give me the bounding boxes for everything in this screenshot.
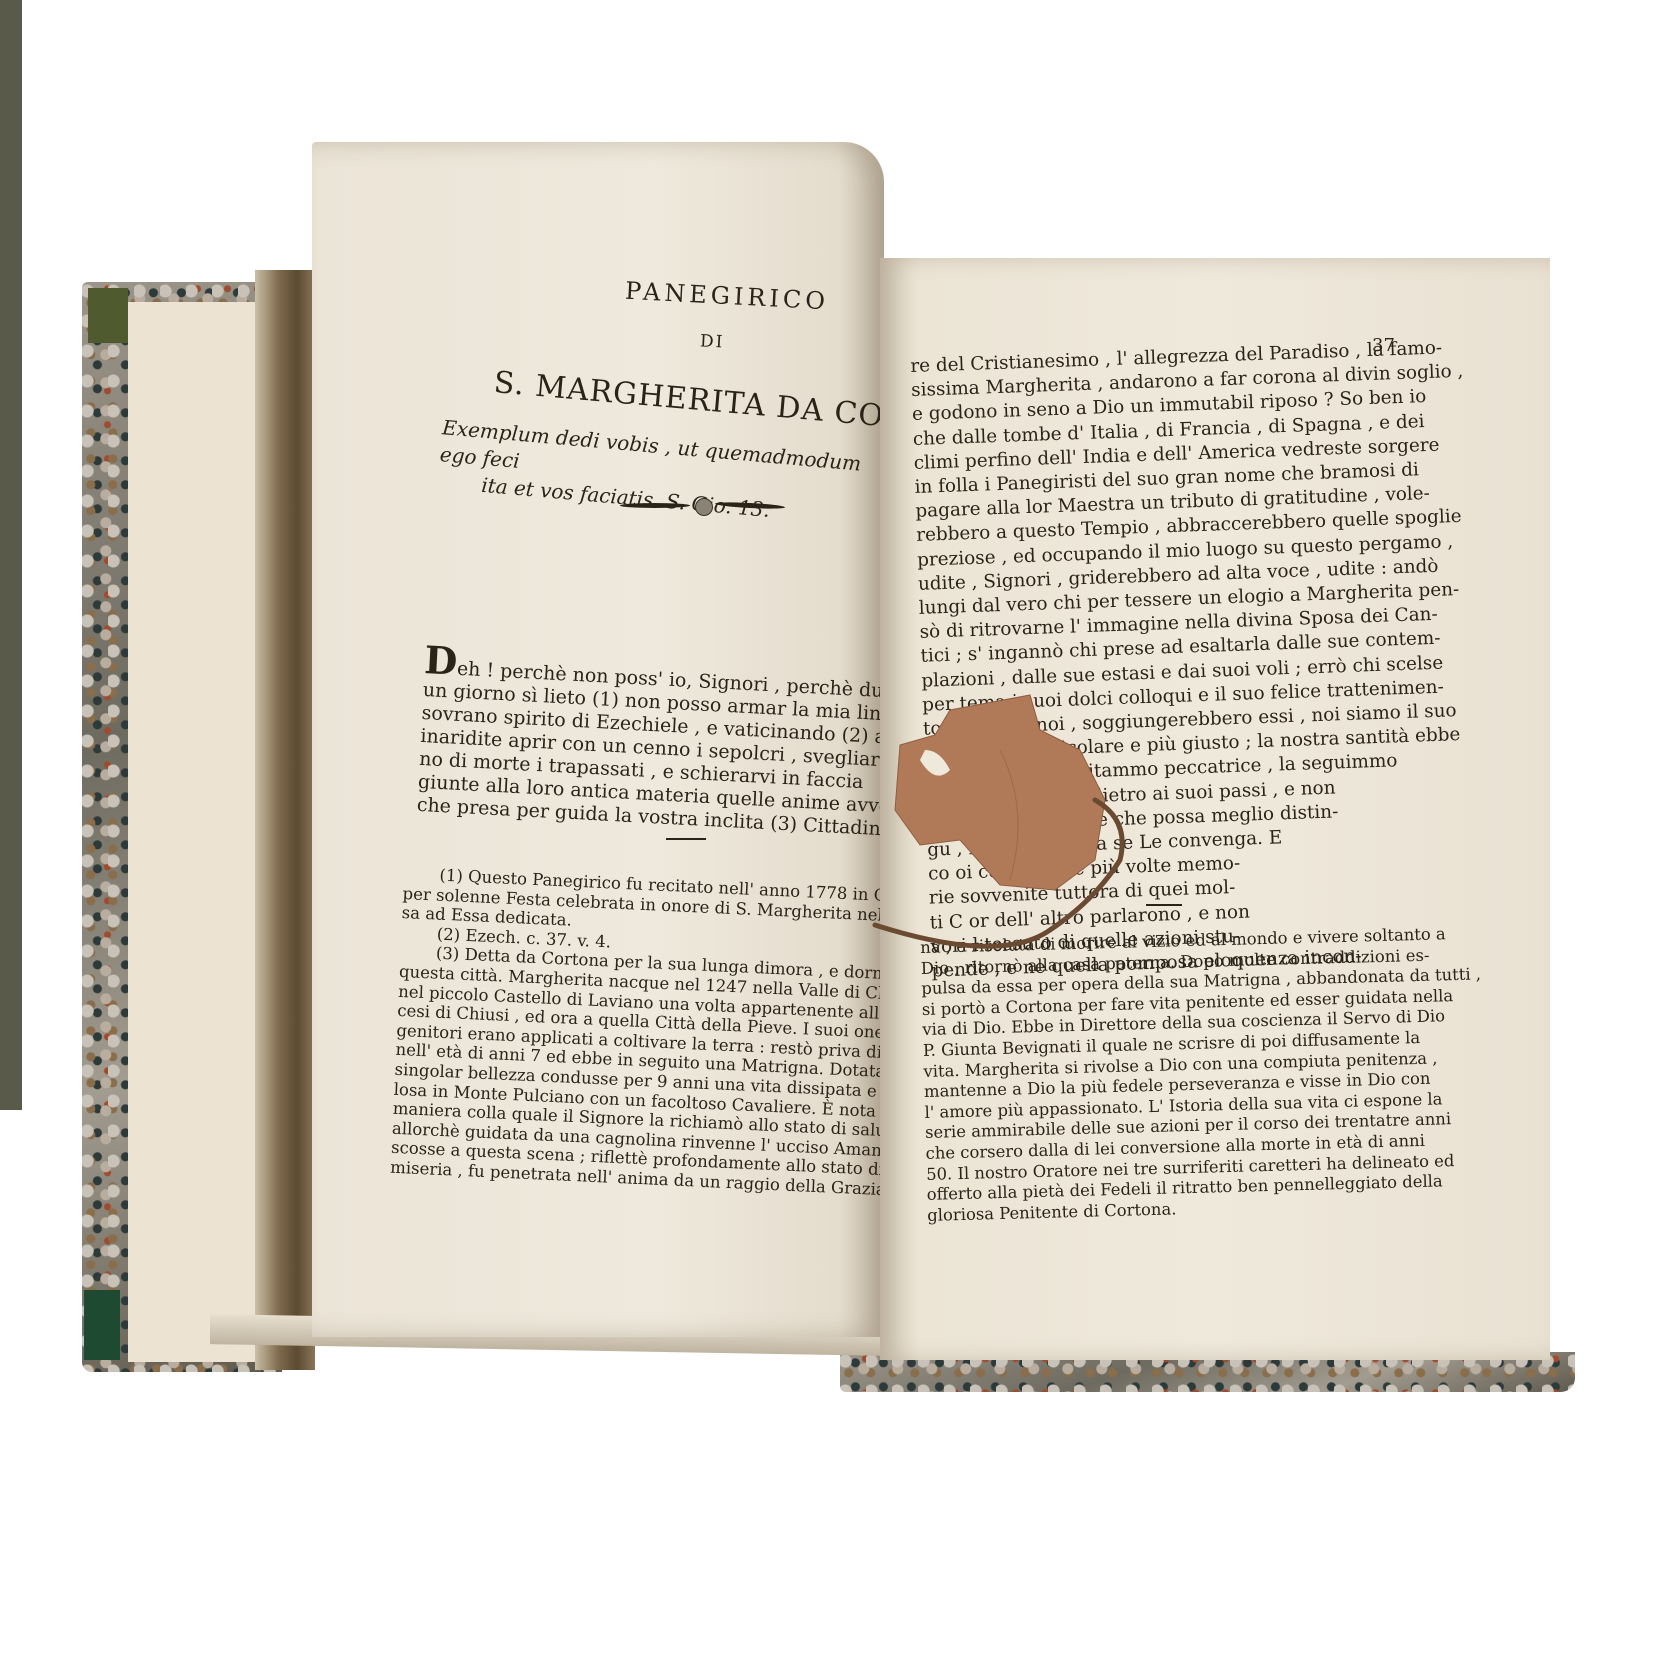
section-rule [666,838,706,840]
left-body-text: Deh ! perchè non poss' io, Signori , per… [416,650,894,841]
cover-corner-leather [84,1290,120,1360]
page-block-edge [255,270,315,1370]
right-footnotes: na , e risoluta di morire al vizio ed al… [920,924,1447,1226]
pressed-flower-icon [880,690,1140,930]
cover-corner-leather [88,288,128,343]
drop-cap: D [423,637,458,684]
section-rule [1146,904,1182,906]
left-footnotes: (1) Questo Panegirico fu recitato nell' … [390,864,884,1199]
back-cover-edge [0,0,22,1110]
ornament-divider-icon [620,498,785,514]
book-photo: PANEGIRICO DI S. MARGHERITA DA CORTONA E… [0,0,1673,1673]
title-connector: DI [699,331,724,352]
